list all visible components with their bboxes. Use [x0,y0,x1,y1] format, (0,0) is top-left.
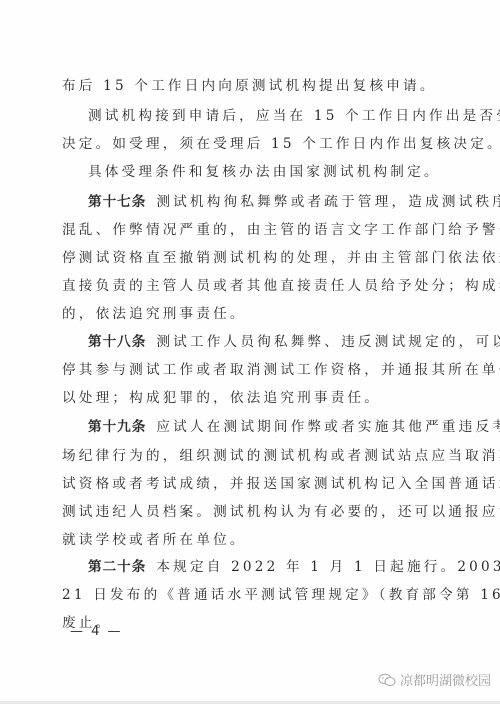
text-line: 具体受理条件和复核办法由国家测试机构制定。 [88,162,458,182]
text-line: 就读学校或者所在单位。 [62,530,432,550]
text-line: 测试违纪人员档案。测试机构认为有必要的，还可以通报应试人 [62,502,432,522]
text-line: 场纪律行为的，组织测试的测试机构或者测试站点应当取消其考 [62,446,432,466]
text-line: 以处理；构成犯罪的，依法追究刑事责任。 [62,388,432,408]
article-heading: 第十九条 [88,419,146,435]
text-line: 的，依法追究刑事责任。 [62,304,432,324]
article-20-first-line: 第二十条本规定自 2022 年 1 月 1 日起施行。2003 年 5 月 [88,557,458,577]
text-line: 布后 15 个工作日内向原测试机构提出复核申请。 [62,76,432,96]
watermark: 凉都明湖微校园 [378,670,491,689]
text-line: 应试人在测试期间作弊或者实施其他严重违反考 [156,419,500,435]
article-17-first-line: 第十七条测试机构徇私舞弊或者疏于管理，造成测试秩序 [88,192,458,212]
text-line: 混乱、作弊情况严重的，由主管的语言文字工作部门给予警告、暂 [62,220,432,240]
text-line: 停测试资格直至撤销测试机构的处理，并由主管部门依法依规对 [62,248,432,268]
text-line: 本规定自 2022 年 1 月 1 日起施行。2003 年 5 月 [156,559,500,575]
article-18-first-line: 第十八条测试工作人员徇私舞弊、违反测试规定的，可以暂 [88,332,458,352]
watermark-text: 凉都明湖微校园 [400,670,491,689]
text-line: 测试工作人员徇私舞弊、违反测试规定的，可以暂 [156,334,500,350]
text-line: 21 日发布的《普通话水平测试管理规定》（教育部令第 16 号）同时 [62,585,432,605]
text-line: 停其参与测试工作或者取消测试工作资格，并通报其所在单位予 [62,360,432,380]
text-line: 试资格或者考试成绩，并报送国家测试机构记入全国普通话水平 [62,474,432,494]
text-line: 测试机构接到申请后，应当在 15 个工作日内作出是否受理的 [88,106,458,126]
page-number: — 4 — [70,624,123,639]
document-page: 布后 15 个工作日内向原测试机构提出复核申请。 测试机构接到申请后，应当在 1… [0,0,500,704]
text-line: 直接负责的主管人员或者其他直接责任人员给予处分；构成犯罪 [62,276,432,296]
article-heading: 第十八条 [88,334,146,350]
text-line: 决定。如受理，须在受理后 15 个工作日内作出复核决定。 [62,134,432,154]
text-line: 测试机构徇私舞弊或者疏于管理，造成测试秩序 [156,194,500,210]
article-heading: 第二十条 [88,559,146,575]
wechat-icon [378,673,396,687]
article-19-first-line: 第十九条应试人在测试期间作弊或者实施其他严重违反考 [88,417,458,437]
article-heading: 第十七条 [88,194,146,210]
